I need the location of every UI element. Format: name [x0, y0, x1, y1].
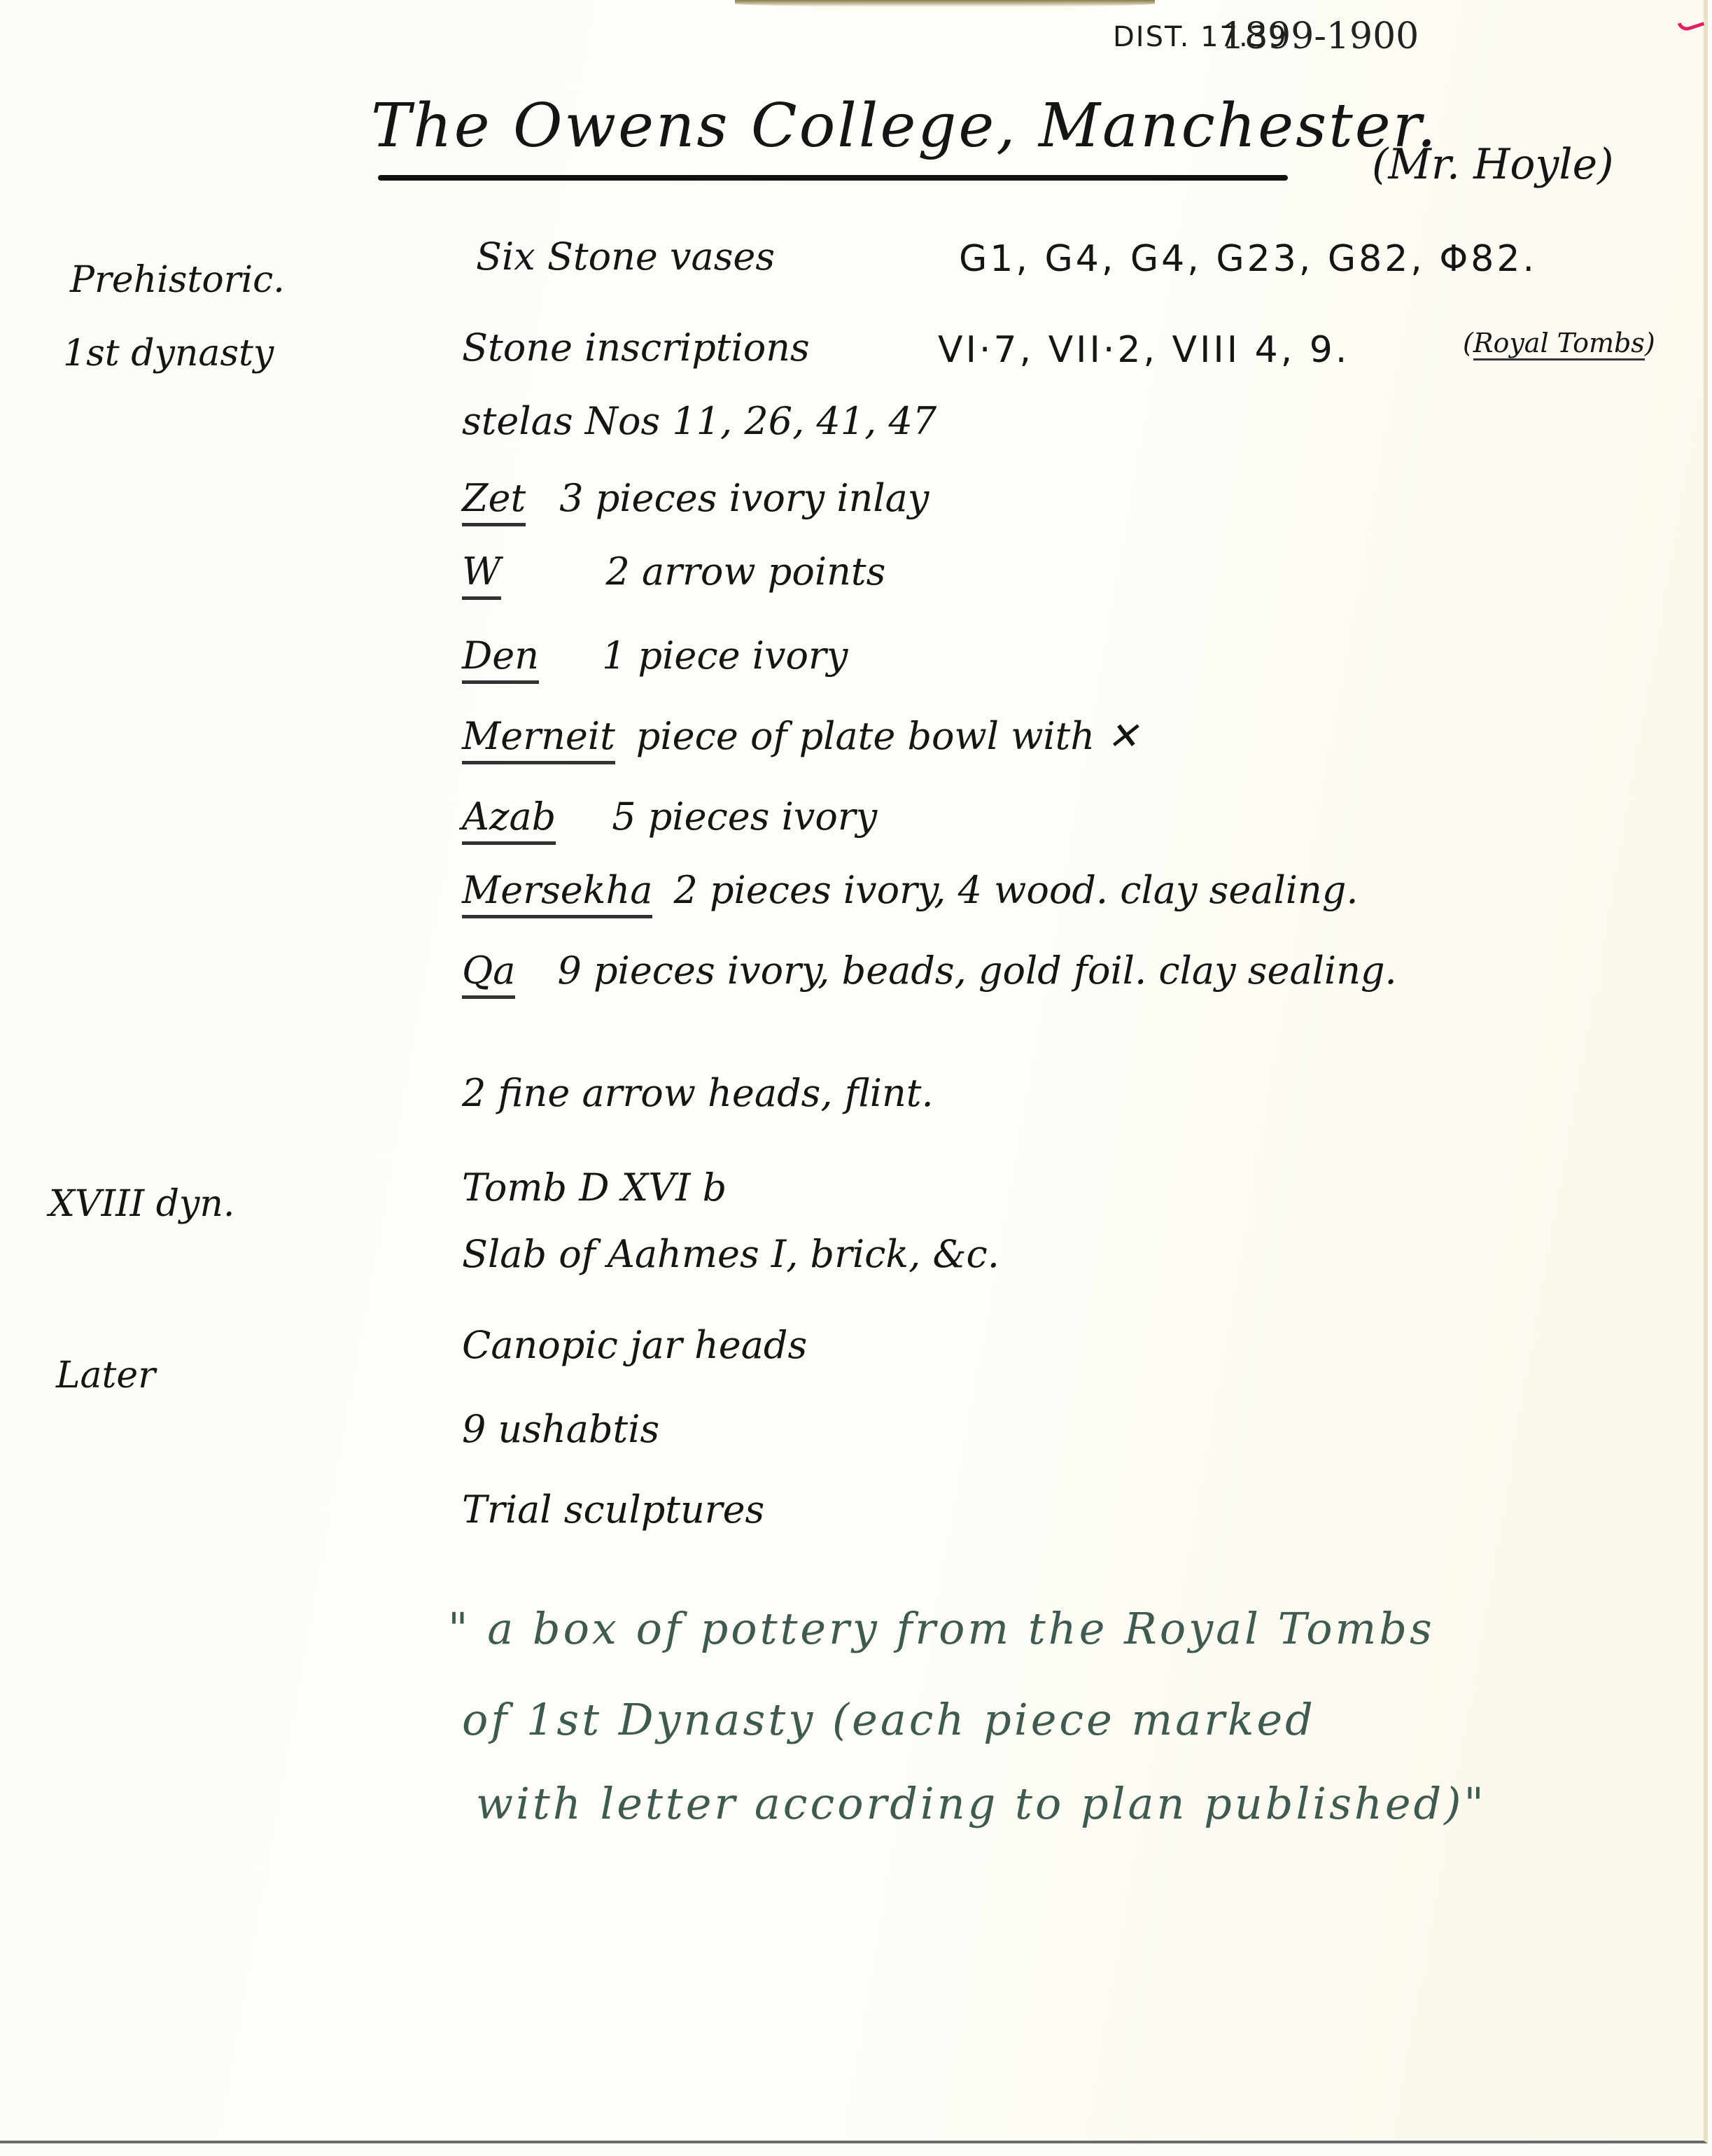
paper-clip-shadow	[735, 0, 1155, 7]
page-title: The Owens College, Manchester.	[371, 91, 1438, 161]
entry-stone-inscriptions: Stone inscriptions	[462, 325, 810, 370]
entry-zet: Zet3 pieces ivory inlay	[462, 476, 929, 526]
entry-qa: Qa9 pieces ivory, beads, gold foil. clay…	[462, 948, 1397, 999]
entry-text: 5 pieces ivory	[612, 794, 877, 839]
king-name-azab: Azab	[462, 794, 556, 845]
royal-tombs-note-text: Royal Tombs	[1473, 328, 1645, 360]
entry-stone-vases: Six Stone vases	[476, 234, 775, 279]
entry-merneit: Merneitpiece of plate bowl with ✕	[462, 714, 1139, 764]
entry-canopic-jar-heads: Canopic jar heads	[462, 1323, 807, 1367]
king-name-qa: Qa	[462, 948, 515, 999]
entry-text: 1 piece ivory	[602, 633, 848, 678]
entry-text: 3 pieces ivory inlay	[559, 476, 929, 520]
period-label-later: Later	[56, 1354, 155, 1396]
entry-ushabtis: 9 ushabtis	[462, 1407, 659, 1451]
entry-text: 9 pieces ivory, beads, gold foil. clay s…	[557, 948, 1396, 993]
year-range: 1899-1900	[1221, 15, 1419, 57]
king-name-merneit: Merneit	[462, 714, 615, 764]
pottery-note-line-2: of 1st Dynasty (each piece marked	[462, 1694, 1316, 1745]
entry-text: 2 arrow points	[606, 549, 886, 594]
entry-refs-stone-inscriptions: VI·7, VII·2, VIII 4, 9.	[938, 329, 1349, 371]
title-underline	[378, 175, 1288, 181]
period-label-xviii-dynasty: XVIII dyn.	[49, 1183, 234, 1225]
period-label-prehistoric: Prehistoric.	[70, 259, 285, 301]
king-name-w: W	[462, 549, 501, 600]
entry-den: Den1 piece ivory	[462, 633, 848, 684]
entry-refs-stone-vases: G1, G4, G4, G23, G82, Φ82.	[959, 238, 1537, 280]
entry-text: piece of plate bowl with ✕	[636, 714, 1139, 758]
entry-stelas: stelas Nos 11, 26, 41, 47	[462, 399, 936, 443]
king-name-mersekha: Mersekha	[462, 868, 652, 918]
entry-w: W2 arrow points	[462, 549, 885, 600]
entry-text: 2 pieces ivory, 4 wood. clay sealing.	[673, 868, 1358, 912]
king-name-den: Den	[462, 633, 539, 684]
king-name-zet: Zet	[462, 476, 526, 526]
entry-slab-aahmes: Slab of Aahmes I, brick, &c.	[462, 1232, 999, 1276]
entry-arrow-heads: 2 fine arrow heads, flint.	[462, 1071, 934, 1115]
entry-trial-sculptures: Trial sculptures	[462, 1487, 764, 1532]
pottery-note-line-1: " a box of pottery from the Royal Tombs	[448, 1603, 1435, 1654]
royal-tombs-note: (Royal Tombs)	[1463, 328, 1655, 358]
entry-mersekha: Mersekha2 pieces ivory, 4 wood. clay sea…	[462, 868, 1359, 918]
pottery-note-line-3: with letter according to plan published)…	[476, 1778, 1487, 1829]
entry-text: Six Stone vases	[476, 234, 775, 279]
period-label-1st-dynasty: 1st dynasty	[63, 332, 274, 374]
recipient: (Mr. Hoyle)	[1372, 140, 1614, 189]
entry-tomb-d-xvi: Tomb D XVI b	[462, 1165, 727, 1210]
entry-azab: Azab5 pieces ivory	[462, 794, 877, 845]
